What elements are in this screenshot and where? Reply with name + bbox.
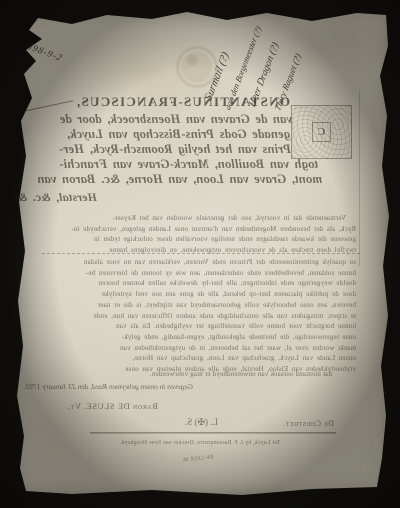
printed-text-line: bevelen, aen onse behoorlyke volle gehoo… bbox=[40, 300, 356, 311]
signature: Baron DE SLUSE. Vt. bbox=[67, 402, 158, 411]
countersignature: De Chestret. bbox=[283, 419, 334, 428]
masthead-line: Prins van het heylig Roomsch-Ryck, Her- bbox=[59, 142, 291, 157]
woodcut-initial-block: C bbox=[291, 105, 352, 159]
printed-text-line: maekt worden over al, waer het sal behoo… bbox=[40, 343, 356, 354]
printed-text-line: door de publike placaeten hier-op bekend… bbox=[40, 289, 356, 300]
printer-imprint: Tot Luyck, by J. F. Bassompierre, Drucke… bbox=[94, 440, 306, 446]
printed-text-line: so quaelyk geintentioneerde der Princen … bbox=[40, 257, 356, 268]
printed-text-line: gesetene die kwaede raedslagen ende nete… bbox=[40, 234, 356, 245]
masthead-line: mont, Grave van Loon, van Horne, &c. Bar… bbox=[37, 172, 322, 187]
dateline: Gegeven in onsen geheymen Raed, den 23 J… bbox=[24, 382, 193, 391]
printed-text-line: twyffel doen trecken als de voorschreven… bbox=[40, 245, 356, 256]
locus-sigilli-mark: L. (✠) S. bbox=[185, 417, 218, 428]
photograph-background: C ONSTANTINUS-FRANCISCUS, van de Graven … bbox=[0, 0, 400, 508]
drop-cap-initial: C bbox=[312, 122, 331, 142]
masthead-line: Herstal, &c. &c. &c. bbox=[0, 190, 97, 205]
imprint-rule bbox=[90, 432, 336, 434]
printed-text-line: doelde weygeringe ende inhieringen; alle… bbox=[40, 278, 356, 289]
body-paragraph-1: Vermaenende dat in voortyd, soo der gene… bbox=[40, 213, 356, 256]
horizontal-fold-crease bbox=[42, 253, 360, 254]
printed-text-line: Vermaenende dat in voortyd, soo der gene… bbox=[40, 213, 356, 224]
document-paper: C ONSTANTINUS-FRANCISCUS, van de Graven … bbox=[12, 6, 390, 496]
printed-text-line: Ryck, als der besondere Mogentheden van … bbox=[40, 224, 356, 235]
printed-text-line: onsen Lande van Luyck, graefschap van Lo… bbox=[40, 353, 356, 364]
vertical-fold-crease bbox=[359, 90, 360, 266]
masthead-line: togh van Bouillon, Marck-Grave van Franc… bbox=[59, 157, 318, 172]
masthead-line: van de Graven van Hoensbroeck, door de bbox=[60, 112, 292, 127]
masthead-line: genade Gods Prins-Bisschop van Luyck, bbox=[67, 127, 290, 142]
printed-text-line: te stipen; mitsgaders van alle ontschuld… bbox=[40, 311, 356, 322]
printed-text-line: onse tegenwoordige, die hiermede afgekon… bbox=[40, 332, 356, 343]
closing-line: dat niemand oorsaek van onwetendheyd er … bbox=[122, 370, 332, 378]
printed-text-line: hunne soldaten, bevelhebbers ende onderd… bbox=[40, 268, 356, 279]
printed-text-line: hunne borgtocht voor hunne volle vastste… bbox=[40, 321, 356, 332]
body-paragraph-2: so quaelyk geintentioneerde der Princen … bbox=[40, 257, 356, 375]
